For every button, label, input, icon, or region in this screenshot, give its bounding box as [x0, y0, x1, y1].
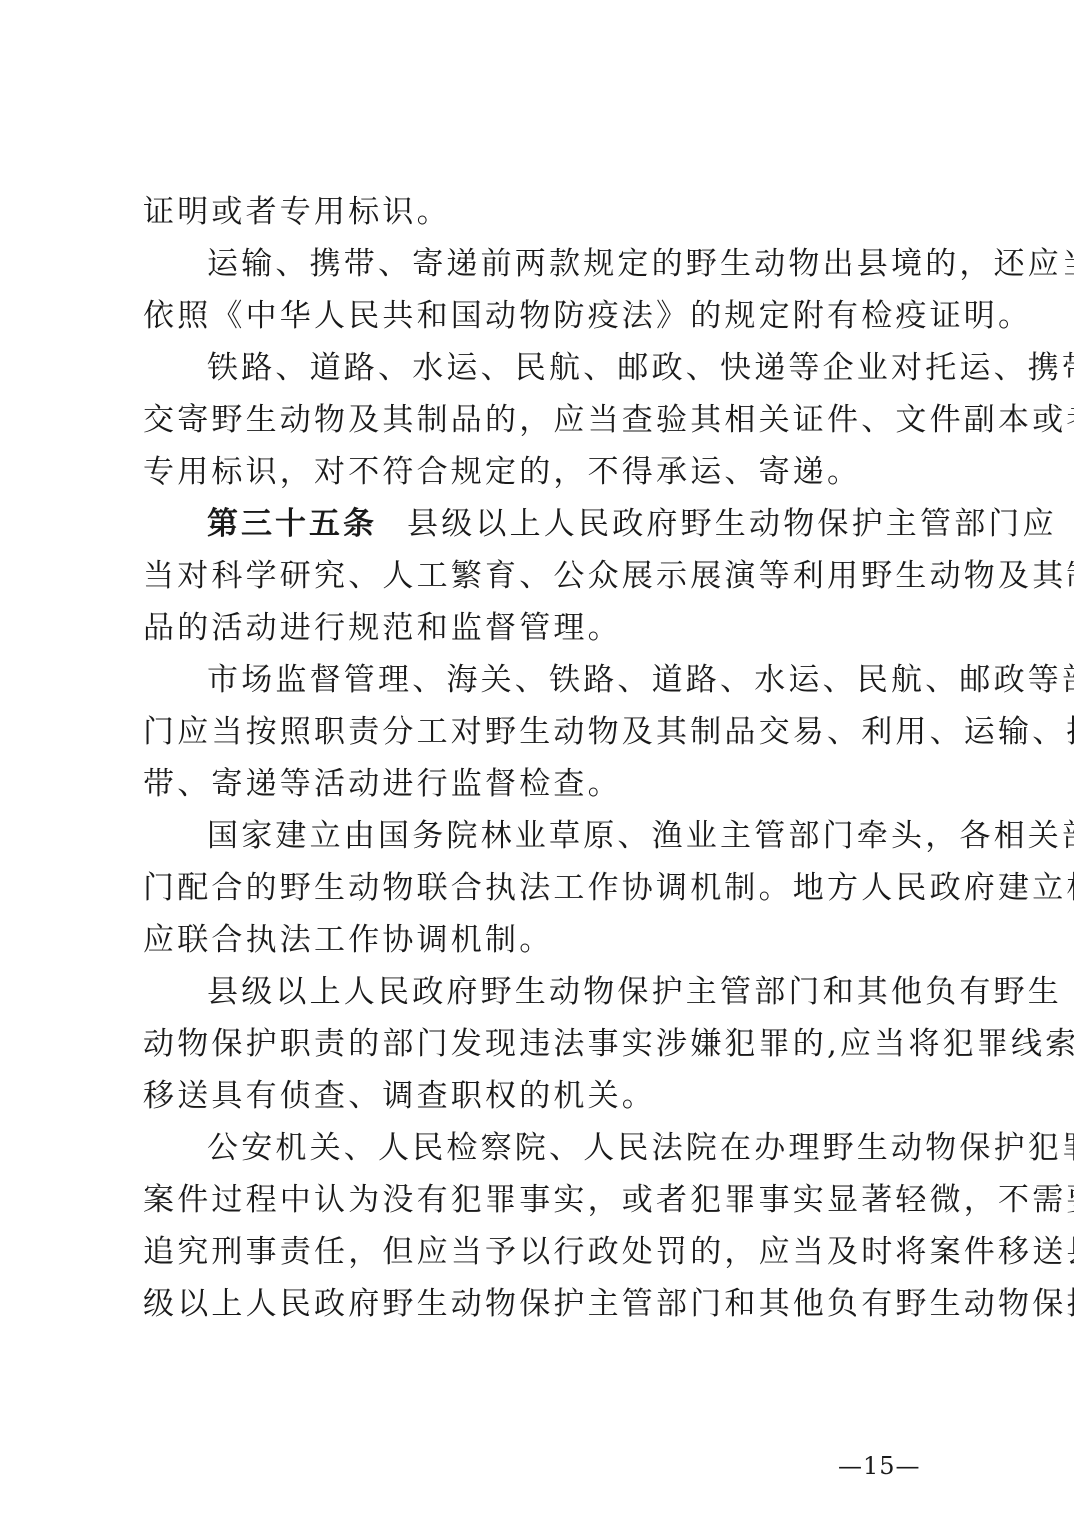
article-first-line: 第三十五条县级以上人民政府野生动物保护主管部门应 [143, 498, 943, 550]
text-line: 运输、携带、寄递前两款规定的野生动物出县境的，还应当 [143, 238, 943, 290]
text-line: 应联合执法工作协调机制。 [143, 914, 943, 966]
text-line: 铁路、道路、水运、民航、邮政、快递等企业对托运、携带、 [143, 342, 943, 394]
text-line: 级以上人民政府野生动物保护主管部门和其他负有野生动物保护 [143, 1278, 943, 1330]
text-line: 市场监督管理、海关、铁路、道路、水运、民航、邮政等部 [143, 654, 943, 706]
text-line: 移送具有侦查、调查职权的机关。 [143, 1070, 943, 1122]
text-line: 动物保护职责的部门发现违法事实涉嫌犯罪的,应当将犯罪线索 [143, 1018, 943, 1070]
text-line: 证明或者专用标识。 [143, 186, 943, 238]
paragraph-joint-enforcement: 国家建立由国务院林业草原、渔业主管部门牵头，各相关部 门配合的野生动物联合执法工… [143, 810, 943, 966]
paragraph-carrier-obligations: 铁路、道路、水运、民航、邮政、快递等企业对托运、携带、 交寄野生动物及其制品的，… [143, 342, 943, 498]
text-line: 案件过程中认为没有犯罪事实，或者犯罪事实显著轻微，不需要 [143, 1174, 943, 1226]
paragraph-market-supervision: 市场监督管理、海关、铁路、道路、水运、民航、邮政等部 门应当按照职责分工对野生动… [143, 654, 943, 810]
text-line: 品的活动进行规范和监督管理。 [143, 602, 943, 654]
paragraph-continuation: 证明或者专用标识。 [143, 186, 943, 238]
article-number-label: 第三十五条 [207, 506, 377, 542]
text-line: 专用标识，对不符合规定的，不得承运、寄递。 [143, 446, 943, 498]
paragraph-quarantine-certificate: 运输、携带、寄递前两款规定的野生动物出县境的，还应当 依照《中华人民共和国动物防… [143, 238, 943, 342]
document-page-body: 证明或者专用标识。 运输、携带、寄递前两款规定的野生动物出县境的，还应当 依照《… [143, 186, 943, 1330]
text-line: 带、寄递等活动进行监督检查。 [143, 758, 943, 810]
text-line: 国家建立由国务院林业草原、渔业主管部门牵头，各相关部 [143, 810, 943, 862]
text-line: 交寄野生动物及其制品的，应当查验其相关证件、文件副本或者 [143, 394, 943, 446]
text-line: 县级以上人民政府野生动物保护主管部门和其他负有野生 [143, 966, 943, 1018]
text-line: 当对科学研究、人工繁育、公众展示展演等利用野生动物及其制 [143, 550, 943, 602]
article-35: 第三十五条县级以上人民政府野生动物保护主管部门应 当对科学研究、人工繁育、公众展… [143, 498, 943, 654]
text-line: 门应当按照职责分工对野生动物及其制品交易、利用、运输、携 [143, 706, 943, 758]
page-number: —15— [838, 1452, 921, 1480]
text-line: 门配合的野生动物联合执法工作协调机制。地方人民政府建立相 [143, 862, 943, 914]
text-line: 依照《中华人民共和国动物防疫法》的规定附有检疫证明。 [143, 290, 943, 342]
paragraph-judicial-referral: 公安机关、人民检察院、人民法院在办理野生动物保护犯罪 案件过程中认为没有犯罪事实… [143, 1122, 943, 1330]
text-line: 县级以上人民政府野生动物保护主管部门应 [407, 506, 1057, 542]
text-line: 追究刑事责任，但应当予以行政处罚的，应当及时将案件移送县 [143, 1226, 943, 1278]
text-line: 公安机关、人民检察院、人民法院在办理野生动物保护犯罪 [143, 1122, 943, 1174]
paragraph-crime-referral: 县级以上人民政府野生动物保护主管部门和其他负有野生 动物保护职责的部门发现违法事… [143, 966, 943, 1122]
